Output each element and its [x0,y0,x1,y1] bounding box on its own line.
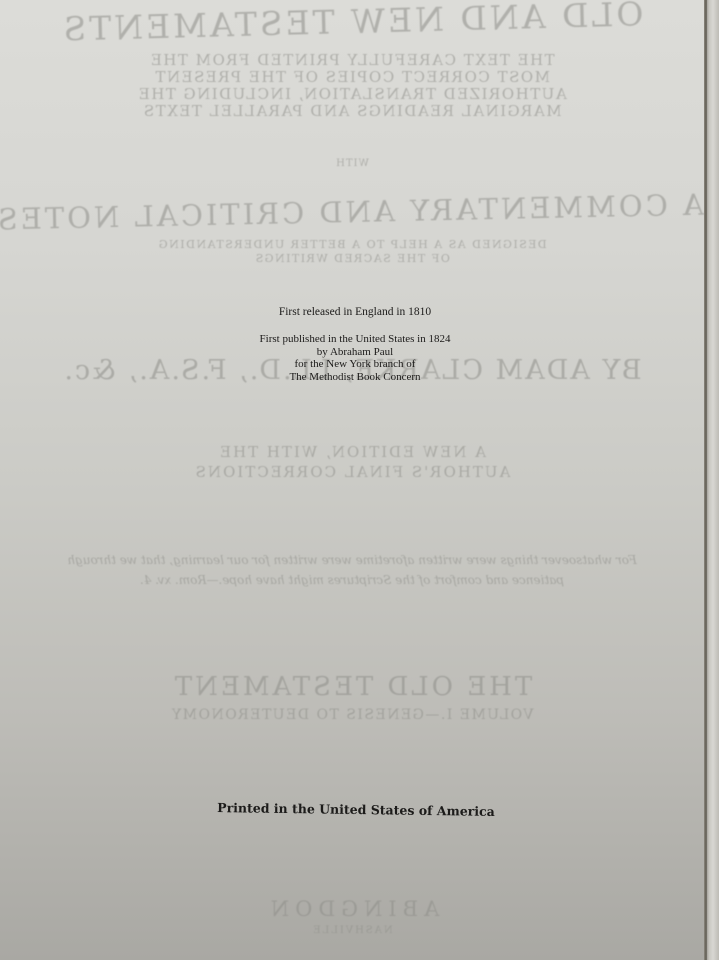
publication-line: First published in the United States in … [0,333,704,346]
show-through-description-line: MARGINAL READINGS AND PARALLEL TEXTS [0,103,704,120]
show-through-edition-line: A NEW EDITION, WITH THE [0,442,704,462]
publication-line: The Methodist Book Concern [0,371,704,384]
show-through-designed-line: DESIGNED AS A HELP TO A BETTER UNDERSTAN… [0,238,704,252]
show-through-publisher: ABINGDON [0,897,704,921]
show-through-quote-line: patience and comfort of the Scriptures m… [0,570,704,590]
show-through-quote-line: For whatsoever things were written afore… [0,550,704,570]
show-through-commentary: A COMMENTARY AND CRITICAL NOTES [0,188,704,237]
show-through-testament: THE OLD TESTAMENT [0,672,704,702]
show-through-quote: For whatsoever things were written afore… [0,550,704,590]
show-through-with: WITH [0,158,704,169]
show-through-description-line: THE TEXT CAREFULLY PRINTED FROM THE [0,52,704,69]
show-through-description-line: AUTHORIZED TRANSLATION, INCLUDING THE [0,86,704,103]
book-page: OLD AND NEW TESTAMENTS THE TEXT CAREFULL… [0,0,704,960]
show-through-designed: DESIGNED AS A HELP TO A BETTER UNDERSTAN… [0,238,704,266]
show-through-description: THE TEXT CAREFULLY PRINTED FROM THE MOST… [0,52,704,120]
publication-line: for the New York branch of [0,358,704,371]
show-through-title: OLD AND NEW TESTAMENTS [0,0,704,50]
printed-in-line: Printed in the United States of America [0,797,704,822]
page-edge-shadow [705,0,707,960]
publication-line: by Abraham Paul [0,346,704,359]
show-through-volume: VOLUME I.—GENESIS TO DEUTERONOMY [0,707,704,723]
show-through-edition-line: AUTHOR'S FINAL CORRECTIONS [0,462,704,482]
release-line: First released in England in 1810 [0,306,704,318]
show-through-designed-line: OF THE SACRED WRITINGS [0,252,704,266]
publication-block: First published in the United States in … [0,333,704,383]
show-through-description-line: MOST CORRECT COPIES OF THE PRESENT [0,69,704,86]
show-through-edition: A NEW EDITION, WITH THE AUTHOR'S FINAL C… [0,442,704,482]
show-through-city: NASHVILLE [0,925,704,936]
